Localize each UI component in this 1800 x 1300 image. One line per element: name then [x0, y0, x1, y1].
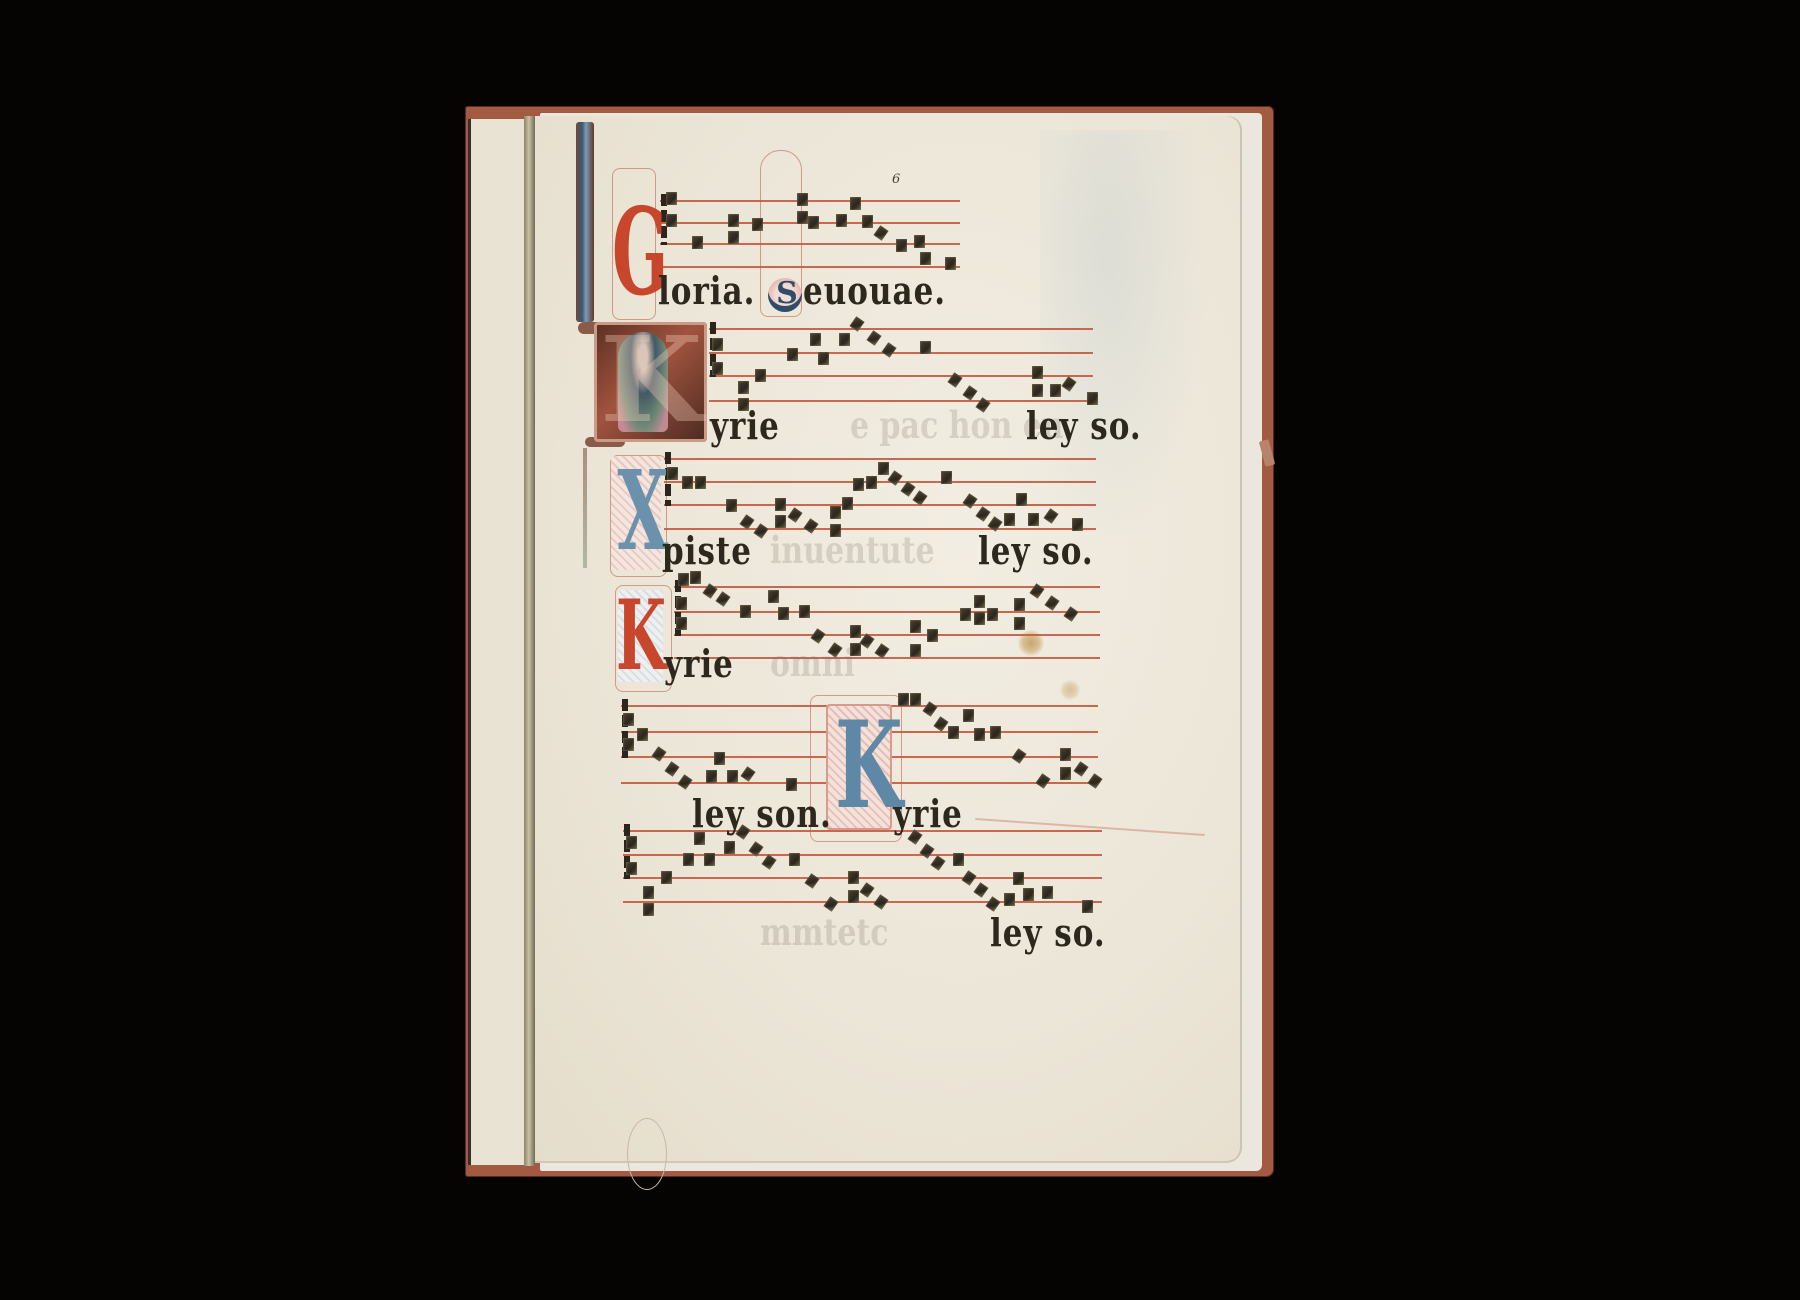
- lyric-eleison-4: ley so.: [990, 911, 1106, 956]
- library-stamp-oval: [627, 1118, 667, 1190]
- square-neume: [676, 597, 687, 610]
- square-neume: [941, 471, 952, 484]
- square-neume: [786, 778, 797, 791]
- staff-line: [674, 634, 1100, 636]
- square-neume: [637, 728, 648, 741]
- square-neume: [866, 476, 877, 489]
- flyleaf-edge: [468, 119, 471, 1165]
- square-neume: [990, 726, 1001, 739]
- square-neume: [1014, 598, 1025, 611]
- square-neume: [712, 338, 723, 351]
- square-neume: [818, 352, 829, 365]
- square-neume: [1004, 513, 1015, 526]
- square-neume: [987, 608, 998, 621]
- square-neume: [1060, 767, 1071, 780]
- square-neume: [910, 644, 921, 657]
- square-neume: [1016, 493, 1027, 506]
- square-neume: [853, 478, 864, 491]
- square-neume: [643, 886, 654, 899]
- square-neume: [1050, 384, 1061, 397]
- square-neume: [945, 257, 956, 270]
- square-neume: [726, 499, 737, 512]
- lyric-eleison-3: ley son.: [692, 792, 832, 837]
- square-neume: [1060, 748, 1071, 761]
- lyric-kyrie-2: yrie: [664, 642, 734, 687]
- square-neume: [836, 214, 847, 227]
- show-through-shadow: [1040, 130, 1210, 550]
- square-neume: [738, 381, 749, 394]
- square-neume: [953, 853, 964, 866]
- staff-line: [664, 481, 1096, 483]
- square-neume: [676, 617, 687, 630]
- square-neume: [695, 476, 706, 489]
- square-neume: [974, 612, 985, 625]
- staff-line: [623, 877, 1102, 879]
- square-neume: [963, 709, 974, 722]
- square-neume: [623, 738, 634, 751]
- square-neume: [1014, 617, 1025, 630]
- staff-line: [660, 200, 960, 202]
- square-neume: [914, 235, 925, 248]
- square-neume: [752, 218, 763, 231]
- square-neume: [842, 497, 853, 510]
- lyric-euouae: euouae.: [803, 269, 946, 314]
- staff-line: [664, 458, 1096, 460]
- square-neume: [682, 476, 693, 489]
- square-neume: [920, 341, 931, 354]
- border-tendril: [583, 448, 587, 568]
- decorative-border-bar: [576, 122, 594, 322]
- square-neume: [850, 197, 861, 210]
- square-neume: [808, 216, 819, 229]
- faint-erased-text: inuentute: [770, 529, 935, 573]
- left-flyleaf: [468, 119, 525, 1165]
- lyric-kyrie-1: yrie: [710, 404, 780, 449]
- square-neume: [626, 862, 637, 875]
- square-neume: [724, 841, 735, 854]
- staff-line: [709, 328, 1093, 330]
- square-neume: [974, 728, 985, 741]
- staff-line: [623, 901, 1102, 903]
- square-neume: [896, 239, 907, 252]
- square-neume: [755, 369, 766, 382]
- square-neume: [623, 713, 634, 726]
- square-neume: [778, 607, 789, 620]
- square-neume: [678, 573, 689, 586]
- square-neume: [974, 595, 985, 608]
- faint-erased-text: mmtetc: [760, 911, 889, 955]
- square-neume: [728, 214, 739, 227]
- square-neume: [839, 333, 850, 346]
- square-neume: [797, 193, 808, 206]
- lyric-kyrie-3: yrie: [893, 792, 963, 837]
- book-gutter: [524, 116, 535, 1166]
- square-neume: [740, 605, 751, 618]
- square-neume: [1042, 886, 1053, 899]
- lyric-gloria: loria.: [658, 269, 755, 314]
- square-neume: [1023, 888, 1034, 901]
- square-neume: [862, 215, 873, 228]
- square-neume: [727, 770, 738, 783]
- staff-line: [709, 352, 1093, 354]
- square-neume: [1028, 513, 1039, 526]
- square-neume: [878, 462, 889, 475]
- initial-k-letter: K: [600, 320, 700, 440]
- initial-k-red: K: [616, 588, 646, 683]
- staff-line: [674, 611, 1100, 613]
- foxing-stain: [1060, 680, 1080, 700]
- square-neume: [1032, 384, 1043, 397]
- square-neume: [706, 770, 717, 783]
- initial-s-letter: S: [772, 276, 802, 312]
- square-neume: [712, 362, 723, 375]
- initial-k-blue: K: [835, 702, 883, 830]
- staff-line: [674, 657, 1100, 659]
- square-neume: [661, 871, 672, 884]
- square-neume: [799, 605, 810, 618]
- lyric-eleison-2: ley so.: [978, 529, 1094, 574]
- staff-line: [623, 854, 1102, 856]
- square-neume: [775, 498, 786, 511]
- square-neume: [704, 853, 715, 866]
- square-neume: [626, 836, 637, 849]
- square-neume: [643, 903, 654, 916]
- staff-line: [660, 266, 960, 268]
- square-neume: [797, 211, 808, 224]
- square-neume: [667, 467, 678, 480]
- square-neume: [848, 871, 859, 884]
- square-neume: [768, 590, 779, 603]
- square-neume: [1013, 872, 1024, 885]
- square-neume: [1032, 366, 1043, 379]
- square-neume: [692, 236, 703, 249]
- square-neume: [948, 726, 959, 739]
- initial-g-red: G: [612, 188, 635, 318]
- square-neume: [728, 231, 739, 244]
- square-neume: [787, 348, 798, 361]
- staff-line: [709, 400, 1093, 402]
- square-neume: [810, 333, 821, 346]
- square-neume: [910, 693, 921, 706]
- square-neume: [830, 506, 841, 519]
- square-neume: [775, 515, 786, 528]
- lyric-christe: piste: [662, 529, 752, 574]
- lyric-eleison-1: ley so.: [1026, 404, 1142, 449]
- square-neume: [848, 890, 859, 903]
- square-neume: [960, 608, 971, 621]
- faint-erased-text: omni: [770, 642, 855, 686]
- small-mark: 6: [892, 172, 900, 187]
- square-neume: [920, 252, 931, 265]
- initial-x-blue: X: [617, 452, 654, 570]
- square-neume: [789, 853, 800, 866]
- square-neume: [927, 629, 938, 642]
- square-neume: [714, 752, 725, 765]
- square-neume: [683, 853, 694, 866]
- square-neume: [850, 625, 861, 638]
- square-neume: [910, 620, 921, 633]
- square-neume: [1004, 893, 1015, 906]
